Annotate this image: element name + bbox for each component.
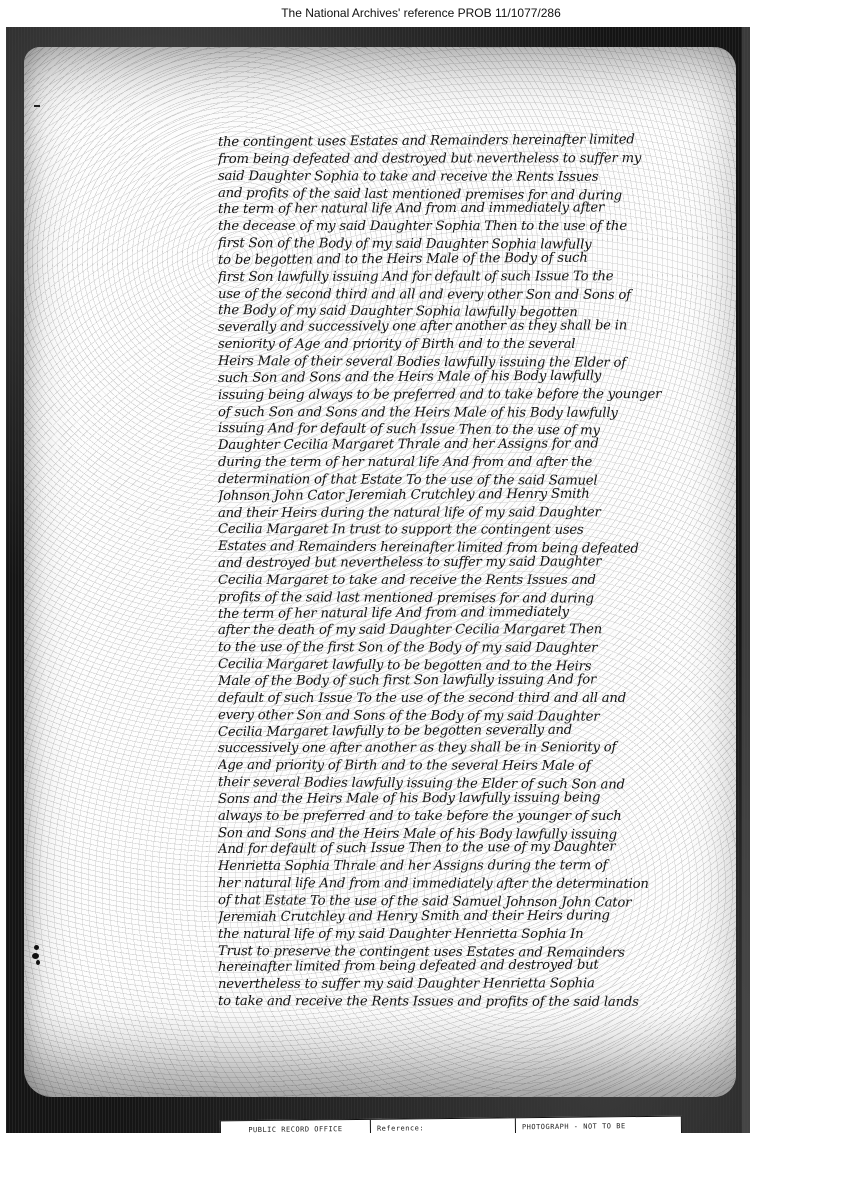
text-line: the natural life of my said Daughter Hen… bbox=[218, 927, 708, 944]
text-line: Sons and the Heirs Male of his Body lawf… bbox=[218, 790, 708, 809]
text-line: said Daughter Sophia to take and receive… bbox=[218, 169, 708, 187]
stamp-office: PUBLIC RECORD OFFICE bbox=[221, 1120, 371, 1133]
text-line: such Son and Sons and the Heirs Male of … bbox=[218, 368, 708, 388]
text-line: issuing being always to be preferred and… bbox=[218, 387, 708, 405]
text-line: her natural life And from and immediatel… bbox=[218, 876, 708, 894]
text-line: hereinafter limited from being defeated … bbox=[218, 957, 708, 977]
text-line: Male of the Body of such first Son lawfu… bbox=[218, 672, 708, 691]
text-line: and their Heirs during the natural life … bbox=[218, 505, 708, 523]
text-line: always to be preferred and to take befor… bbox=[218, 809, 708, 826]
margin-mark bbox=[34, 105, 40, 107]
text-line: Age and priority of Birth and to the sev… bbox=[218, 758, 708, 776]
text-line: successively one after another as they s… bbox=[218, 740, 708, 758]
archive-reference: The National Archives' reference PROB 11… bbox=[0, 6, 842, 20]
text-line: Henrietta Sophia Thrale and her Assigns … bbox=[218, 858, 708, 876]
text-line: Daughter Cecilia Margaret Thrale and her… bbox=[218, 436, 708, 455]
stamp-notice: PHOTOGRAPH - NOT TO BE bbox=[516, 1117, 681, 1133]
text-line: default of such Issue To the use of the … bbox=[218, 691, 708, 708]
text-line: and destroyed but nevertheless to suffer… bbox=[218, 554, 708, 573]
text-line: to be begotten and to the Heirs Male of … bbox=[218, 250, 708, 270]
text-line: nevertheless to suffer my said Daughter … bbox=[218, 976, 708, 994]
text-line: the contingent uses Estates and Remainde… bbox=[218, 132, 708, 152]
record-office-stamp: PUBLIC RECORD OFFICE Reference: PHOTOGRA… bbox=[220, 1116, 682, 1133]
text-line: to the use of the first Son of the Body … bbox=[218, 640, 708, 658]
scan-edge bbox=[742, 27, 750, 1133]
text-line: Cecilia Margaret In trust to support the… bbox=[218, 522, 708, 540]
stamp-reference: Reference: bbox=[371, 1118, 516, 1133]
text-line: Johnson John Cator Jeremiah Crutchley an… bbox=[218, 486, 708, 506]
text-line: from being defeated and destroyed but ne… bbox=[218, 151, 708, 169]
text-line: And for default of such Issue Then to th… bbox=[218, 839, 708, 859]
text-line: the term of her natural life And from an… bbox=[218, 604, 708, 624]
text-line: the term of her natural life And from an… bbox=[218, 200, 708, 219]
scanned-image: the contingent uses Estates and Remainde… bbox=[6, 27, 750, 1133]
text-line: Cecilia Margaret to take and receive the… bbox=[218, 573, 708, 590]
text-line: use of the second third and all and ever… bbox=[218, 287, 708, 305]
text-line: after the death of my said Daughter Ceci… bbox=[218, 622, 708, 640]
ink-blot bbox=[32, 945, 46, 967]
text-line: during the term of her natural life And … bbox=[218, 455, 708, 472]
text-line: Cecilia Margaret lawfully to be begotten… bbox=[218, 721, 708, 741]
text-line: seniority of Age and priority of Birth a… bbox=[218, 337, 708, 354]
text-line: the decease of my said Daughter Sophia T… bbox=[218, 219, 708, 236]
text-line: Jeremiah Crutchley and Henry Smith and t… bbox=[218, 908, 708, 927]
text-line: of such Son and Sons and the Heirs Male … bbox=[218, 405, 708, 423]
text-line: severally and successively one after ano… bbox=[218, 318, 708, 337]
text-line: first Son lawfully issuing And for defau… bbox=[218, 269, 708, 287]
text-line: to take and receive the Rents Issues and… bbox=[218, 994, 708, 1012]
handwritten-text: the contingent uses Estates and Remainde… bbox=[218, 135, 708, 1011]
